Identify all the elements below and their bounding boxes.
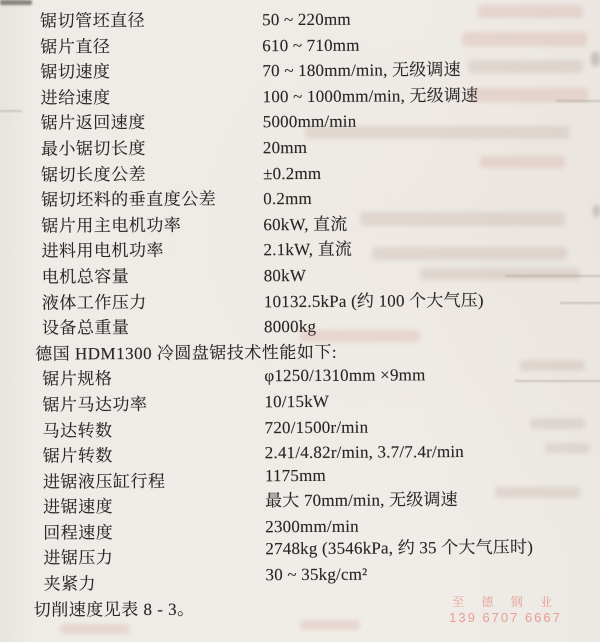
spec-label: 锯片用主电机功率 (41, 212, 181, 238)
spec-label: 最小锯切长度 (41, 136, 146, 162)
spec-value: 610 ~ 710mm (262, 32, 359, 58)
spec-label: 进锯液压缸行程 (43, 469, 166, 495)
spec-label: 锯片马达功率 (42, 392, 147, 418)
bleedthrough-smudge (462, 32, 587, 46)
scanned-document-page: 锯切管坯直径50 ~ 220mm 锯片直径610 ~ 710mm 锯切速度70 … (0, 0, 600, 642)
bleedthrough-smudge (300, 330, 420, 342)
bleedthrough-smudge (300, 620, 360, 630)
company-watermark-phone: 139 6707 6667 (438, 610, 573, 625)
spec-row: 锯切坯料的垂直度公差0.2mm (1, 184, 600, 213)
bleedthrough-smudge (480, 156, 565, 168)
bleedthrough-rule (515, 380, 600, 382)
spec-label: 夹紧力 (43, 571, 96, 597)
spec-row: 液体工作压力10132.5kPa (约 100 个大气压) (2, 287, 600, 316)
spec-label: 马达转数 (43, 418, 113, 444)
spec-value: 60kW, 直流 (263, 211, 347, 237)
spec-value: 720/1500r/min (265, 414, 369, 440)
bleedthrough-smudge (372, 247, 567, 260)
spec-label: 锯片返回速度 (41, 110, 146, 136)
spec-value: ±0.2mm (263, 160, 321, 186)
spec-label: 锯片转数 (43, 443, 113, 469)
bleedthrough-smudge (545, 443, 590, 453)
spec-label: 锯切管坯直径 (40, 8, 145, 34)
spec-value: 80kW (264, 263, 307, 289)
spec-label: 进锯压力 (43, 546, 113, 572)
spec-value: 2748kg (3546kPa, 约 35 个大气压时) (265, 535, 533, 562)
spec-label: 设备总重量 (42, 315, 130, 341)
bleedthrough-smudge (530, 418, 585, 429)
spec-value: 100 ~ 1000mm/min, 无级调速 (263, 83, 479, 110)
page-edge-artifact (591, 52, 600, 66)
spec-value: 20mm (263, 135, 307, 161)
spec-label: 锯切长度公差 (41, 162, 146, 188)
bleedthrough-smudge (360, 212, 565, 226)
spec-label: 回程速度 (43, 520, 113, 546)
spec-value: φ1250/1310mm ×9mm (264, 363, 425, 390)
bleedthrough-smudge (60, 624, 130, 634)
spec-value: 50 ~ 220mm (262, 7, 351, 33)
spec-row: 夹紧力30 ~ 35kg/cm² (3, 568, 600, 597)
spec-label: 进给速度 (41, 85, 111, 111)
bleedthrough-smudge (305, 126, 570, 139)
spec-label: 锯片直径 (40, 34, 110, 60)
bleedthrough-smudge (420, 268, 580, 280)
bleedthrough-smudge (478, 5, 583, 18)
spec-label: 锯片规格 (42, 366, 112, 392)
spec-label: 电机总容量 (42, 264, 130, 290)
spec-value: 0.2mm (263, 186, 312, 212)
spec-value: 30 ~ 35kg/cm² (265, 562, 367, 588)
spec-value: 1175mm (265, 463, 326, 489)
spec-label: 液体工作压力 (42, 289, 147, 315)
spec-label: 进锯速度 (43, 494, 113, 520)
spec-label: 锯切速度 (40, 59, 110, 85)
bleedthrough-smudge (520, 360, 585, 371)
bleedthrough-rule (0, 110, 22, 112)
spec-value: 10/15kW (264, 389, 329, 415)
spec-label: 锯切坯料的垂直度公差 (41, 187, 216, 214)
spec-value: 10132.5kPa (约 100 个大气压) (264, 287, 484, 314)
spec-value: 2.1kW, 直流 (263, 237, 352, 263)
bleedthrough-rule (560, 302, 600, 304)
company-watermark-name: 至 德 钢 业 (438, 595, 573, 610)
bleedthrough-smudge (495, 487, 580, 498)
bleedthrough-smudge (468, 60, 583, 73)
company-watermark: 至 德 钢 业 139 6707 6667 (438, 595, 573, 625)
spec-label: 进料用电机功率 (41, 238, 164, 264)
spec-value: 70 ~ 180mm/min, 无级调速 (262, 57, 460, 84)
bleedthrough-rule (556, 100, 600, 102)
bleedthrough-rule (505, 275, 600, 277)
page-edge-artifact (593, 205, 600, 217)
closing-note: 切削速度见表 8 - 3。 (34, 596, 195, 623)
spec-value: 最大 70mm/min, 无级调速 (265, 487, 458, 514)
